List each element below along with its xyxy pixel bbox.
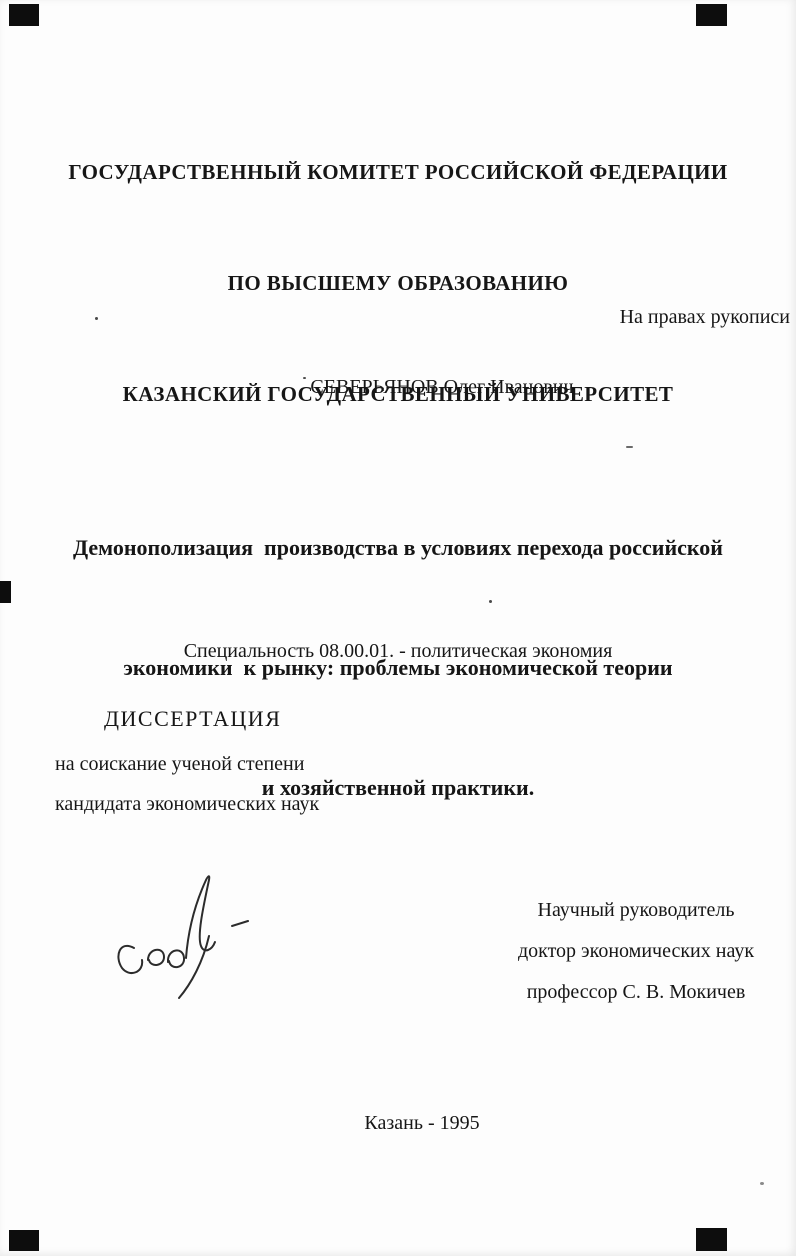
scan-mark-bottom-left-icon	[9, 1230, 39, 1251]
specialty-line: Специальность 08.00.01. - политическая э…	[0, 640, 796, 663]
scan-mark-bottom-right-icon	[696, 1228, 727, 1251]
city-year-line: Казань - 1995	[24, 1112, 796, 1135]
degree-purpose-line: на соискание ученой степени	[55, 753, 304, 776]
scan-speck	[760, 1182, 764, 1185]
supervisor-label: Научный руководитель	[500, 890, 772, 931]
author-signature-icon	[104, 856, 254, 1006]
institution-line-2: ПО ВЫСШЕМУ ОБРАЗОВАНИЮ	[0, 265, 796, 302]
supervisor-degree: доктор экономических наук	[500, 931, 772, 972]
dissertation-title: Демонополизация производства в условиях …	[0, 448, 796, 888]
supervisor-block: Научный руководитель доктор экономически…	[500, 890, 772, 1013]
dissertation-label: ДИССЕРТАЦИЯ	[104, 706, 281, 732]
institution-line-1: ГОСУДАРСТВЕННЫЙ КОМИТЕТ РОССИЙСКОЙ ФЕДЕР…	[0, 154, 796, 191]
author-name: СЕВЕРЬЯНОВ Олег Иванович	[44, 376, 796, 399]
supervisor-name: профессор С. В. Мокичев	[500, 972, 772, 1013]
manuscript-rights-note: На правах рукописи	[620, 306, 790, 329]
degree-name-line: кандидата экономических наук	[55, 793, 319, 816]
scan-mark-top-right-icon	[696, 4, 727, 26]
institution-header: ГОСУДАРСТВЕННЫЙ КОМИТЕТ РОССИЙСКОЙ ФЕДЕР…	[0, 80, 796, 487]
scan-mark-top-left-icon	[9, 4, 39, 26]
dissertation-title-page: ГОСУДАРСТВЕННЫЙ КОМИТЕТ РОССИЙСКОЙ ФЕДЕР…	[0, 0, 796, 1256]
title-line-1: Демонополизация производства в условиях …	[0, 528, 796, 568]
